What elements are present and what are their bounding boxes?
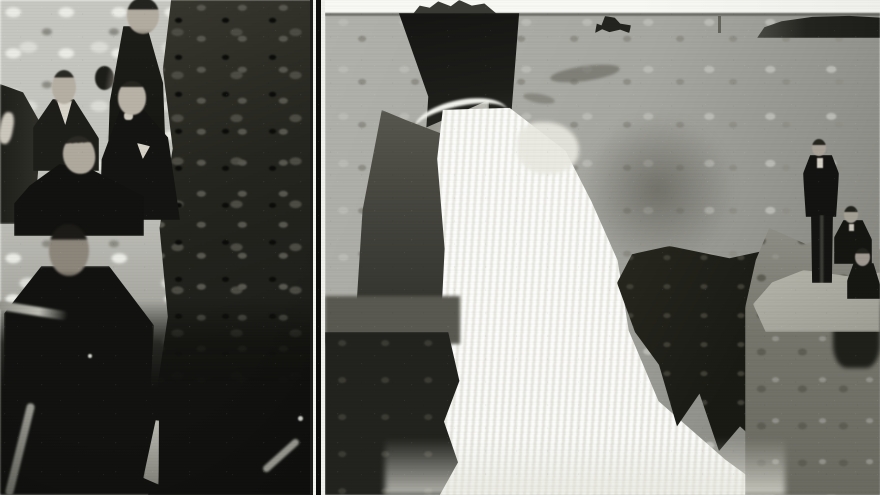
photo-divider [310, 0, 325, 495]
print-scanlines [325, 0, 880, 495]
right-photo [325, 0, 880, 495]
vignette [0, 0, 313, 495]
photo-montage [0, 0, 880, 495]
left-photo [0, 0, 313, 495]
